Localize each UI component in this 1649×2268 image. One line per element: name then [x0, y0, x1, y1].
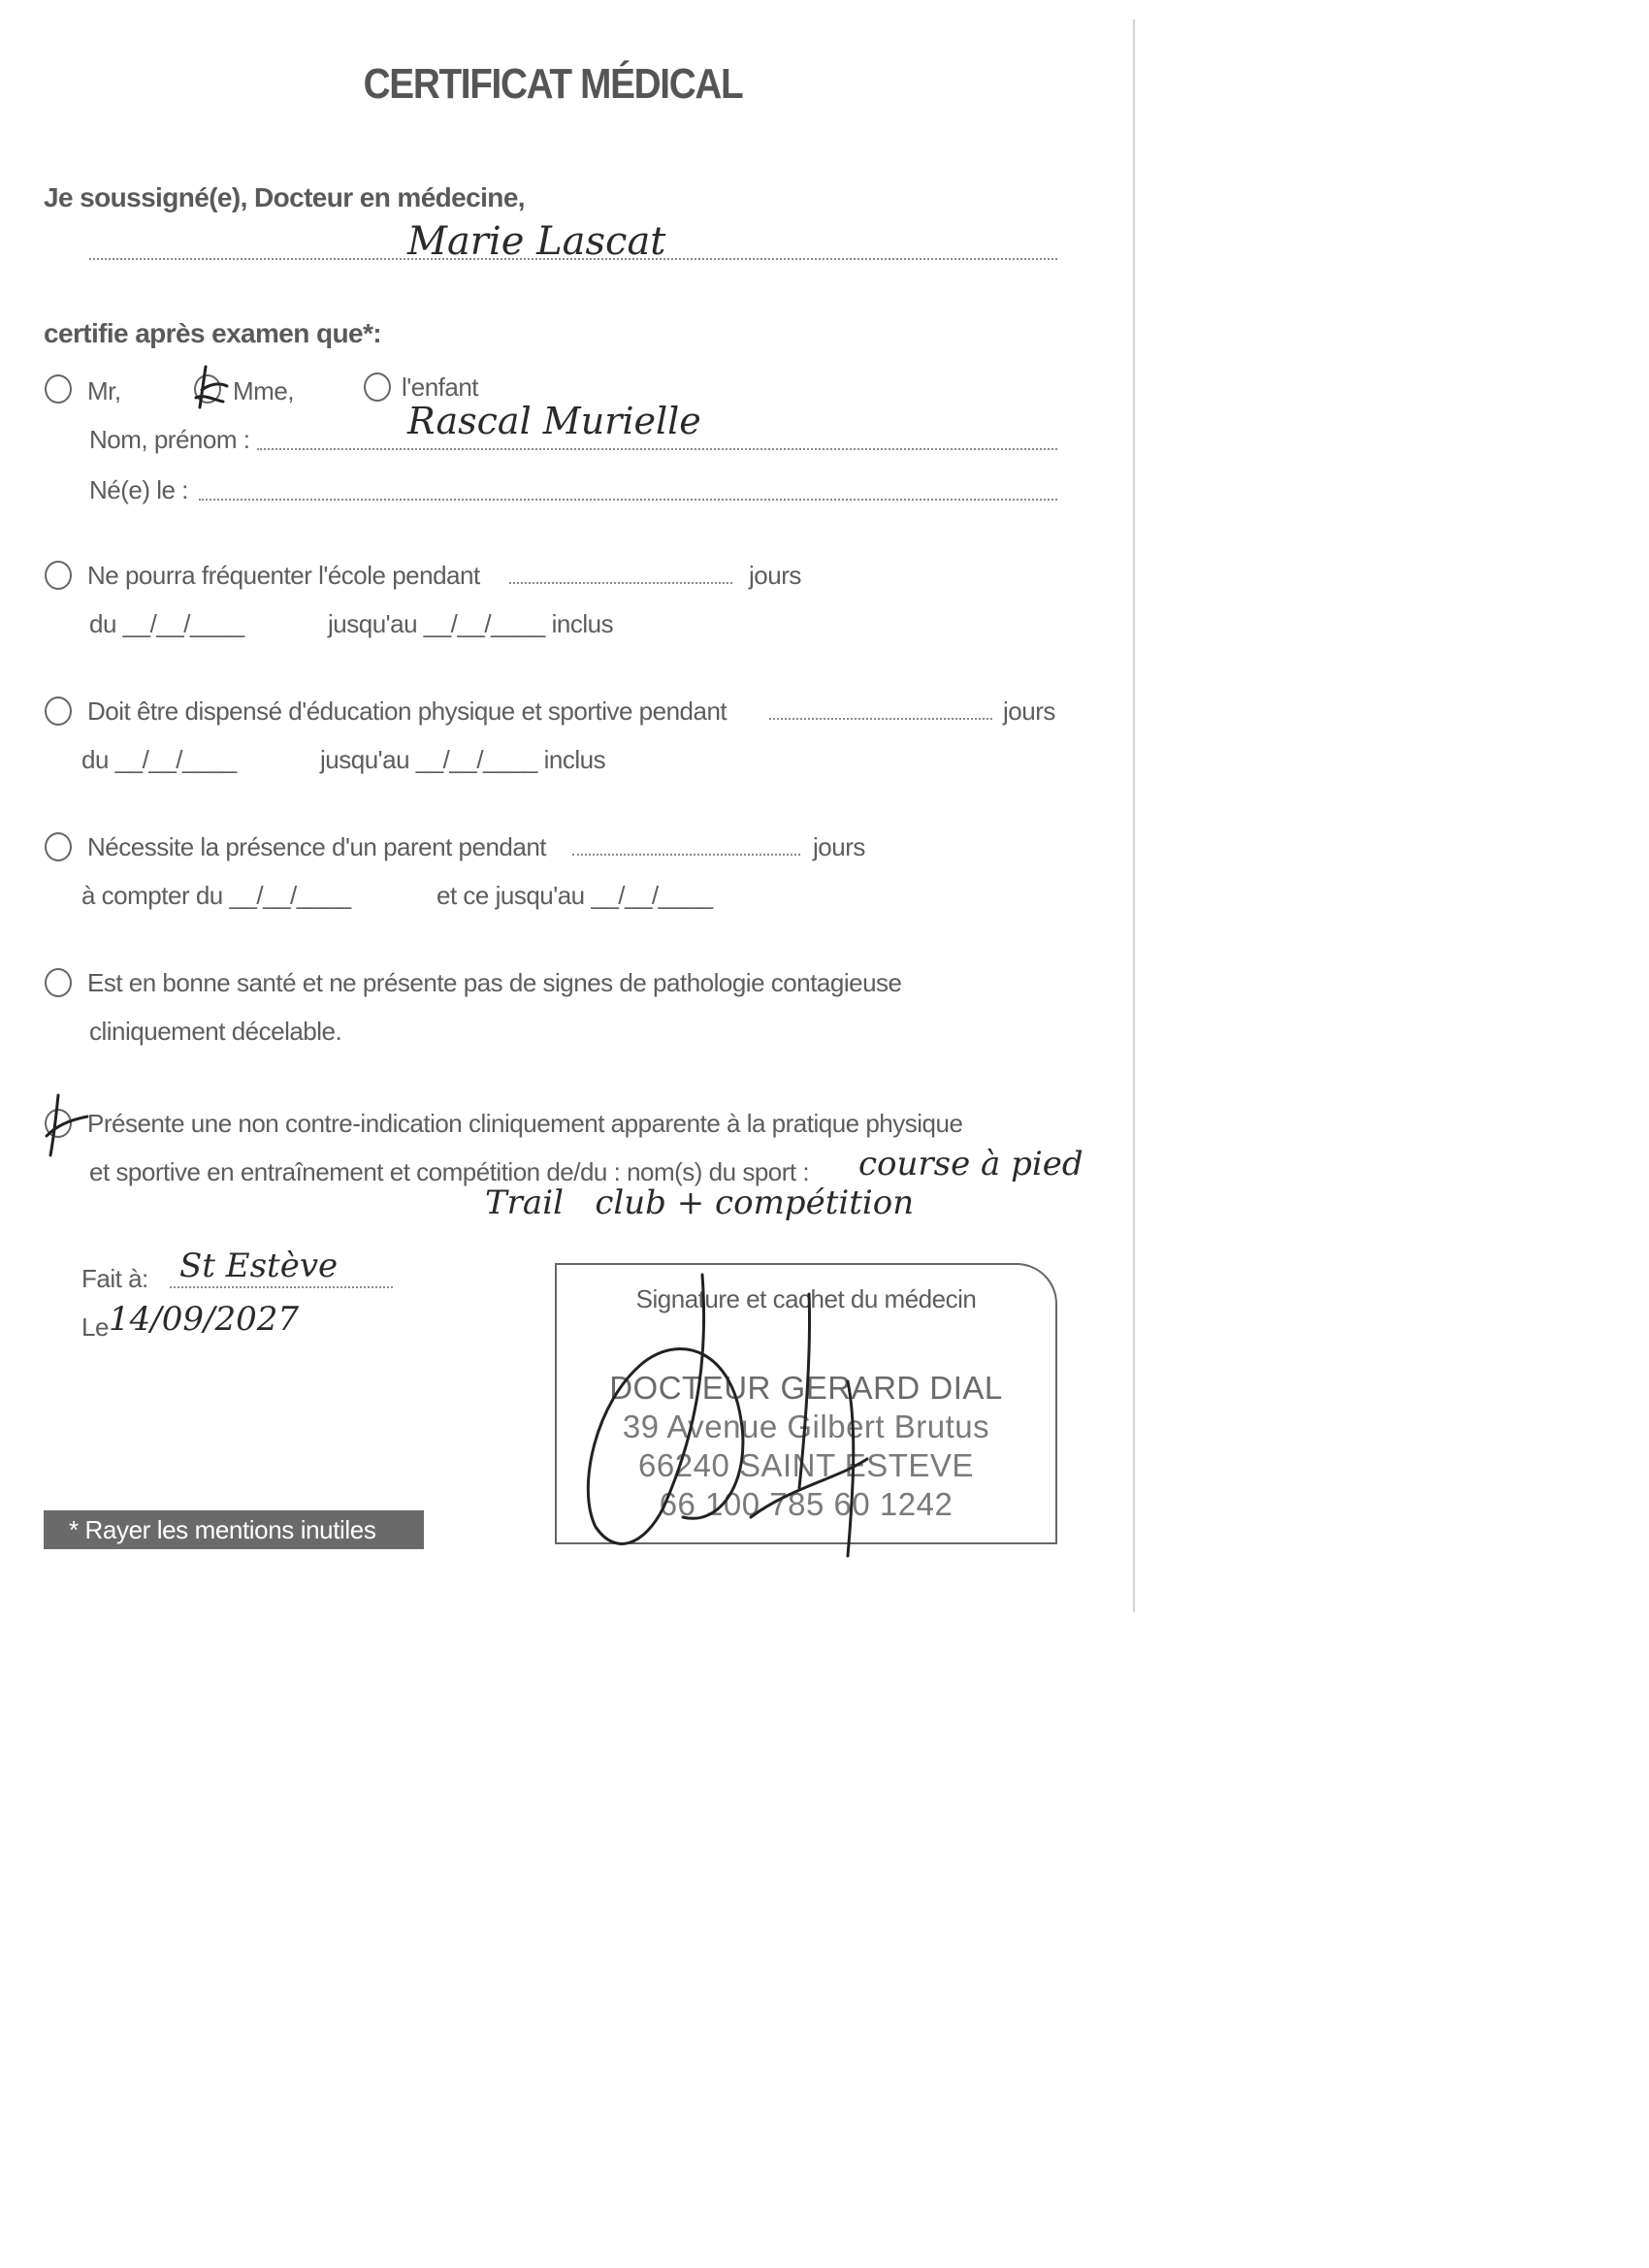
- option-parent-days-label: jours: [813, 832, 865, 862]
- signature-box: Signature et cachet du médecin DOCTEUR G…: [555, 1263, 1057, 1544]
- option-parent-text: Nécessite la présence d'un parent pendan…: [87, 832, 546, 862]
- option-pe-text: Doit être dispensé d'éducation physique …: [87, 697, 727, 727]
- checkbox-mr[interactable]: [45, 374, 72, 404]
- place-label: Fait à:: [81, 1264, 148, 1294]
- checkbox-option-parent[interactable]: [45, 832, 72, 861]
- document-title: CERTIFICAT MÉDICAL: [66, 60, 1039, 109]
- option-school-to: jusqu'au __/__/____ inclus: [328, 609, 613, 639]
- pe-days-field[interactable]: [769, 718, 992, 720]
- option-parent-to: et ce jusqu'au __/__/____: [436, 881, 712, 911]
- handwritten-signature-icon: [557, 1265, 1059, 1546]
- parent-days-field[interactable]: [572, 854, 800, 856]
- birth-label: Né(e) le :: [89, 475, 188, 505]
- option-school-days-label: jours: [749, 561, 801, 591]
- label-mr: Mr,: [87, 376, 121, 406]
- name-label: Nom, prénom :: [89, 425, 249, 455]
- option-school-from: du __/__/____: [89, 609, 244, 639]
- label-enfant: l'enfant: [402, 373, 478, 403]
- option-pe-from: du __/__/____: [81, 745, 237, 775]
- footnote-banner: * Rayer les mentions inutiles: [44, 1510, 424, 1549]
- checkbox-option-pe-exempt[interactable]: [45, 697, 72, 726]
- date-label: Le: [81, 1312, 109, 1343]
- option-pe-days-label: jours: [1003, 697, 1055, 727]
- place-field[interactable]: St Estève: [179, 1247, 338, 1285]
- date-field[interactable]: 14/09/2027: [109, 1300, 299, 1339]
- doctor-name-field[interactable]: Marie Lascat: [407, 219, 665, 264]
- sport-name-field-1[interactable]: course à pied: [858, 1145, 1083, 1183]
- option-school-text: Ne pourra fréquenter l'école pendant: [87, 561, 480, 591]
- checkmark-mme-icon: [190, 361, 239, 413]
- intro-text: Je soussigné(e), Docteur en médecine,: [44, 182, 525, 213]
- option-health-text: Est en bonne santé et ne présente pas de…: [87, 968, 902, 998]
- label-mme: Mme,: [233, 376, 294, 406]
- checkbox-option-good-health[interactable]: [45, 968, 72, 997]
- certifies-heading: certifie après examen que*:: [44, 318, 381, 349]
- birth-date-field[interactable]: [199, 499, 1057, 501]
- option-sport-text: Présente une non contre-indication clini…: [87, 1109, 962, 1139]
- page-fold-line: [1133, 19, 1135, 1612]
- option-parent-from: à compter du __/__/____: [81, 881, 351, 911]
- checkbox-enfant[interactable]: [364, 373, 391, 402]
- sport-name-field-2[interactable]: Trail club + compétition: [485, 1183, 914, 1222]
- name-field[interactable]: Rascal Murielle: [407, 400, 701, 442]
- name-line: [257, 448, 1057, 450]
- school-days-field[interactable]: [509, 582, 732, 584]
- option-pe-to: jusqu'au __/__/____ inclus: [320, 745, 605, 775]
- checkbox-option-school[interactable]: [45, 561, 72, 590]
- place-line: [170, 1286, 393, 1288]
- option-health-text-2: cliniquement décelable.: [89, 1017, 341, 1047]
